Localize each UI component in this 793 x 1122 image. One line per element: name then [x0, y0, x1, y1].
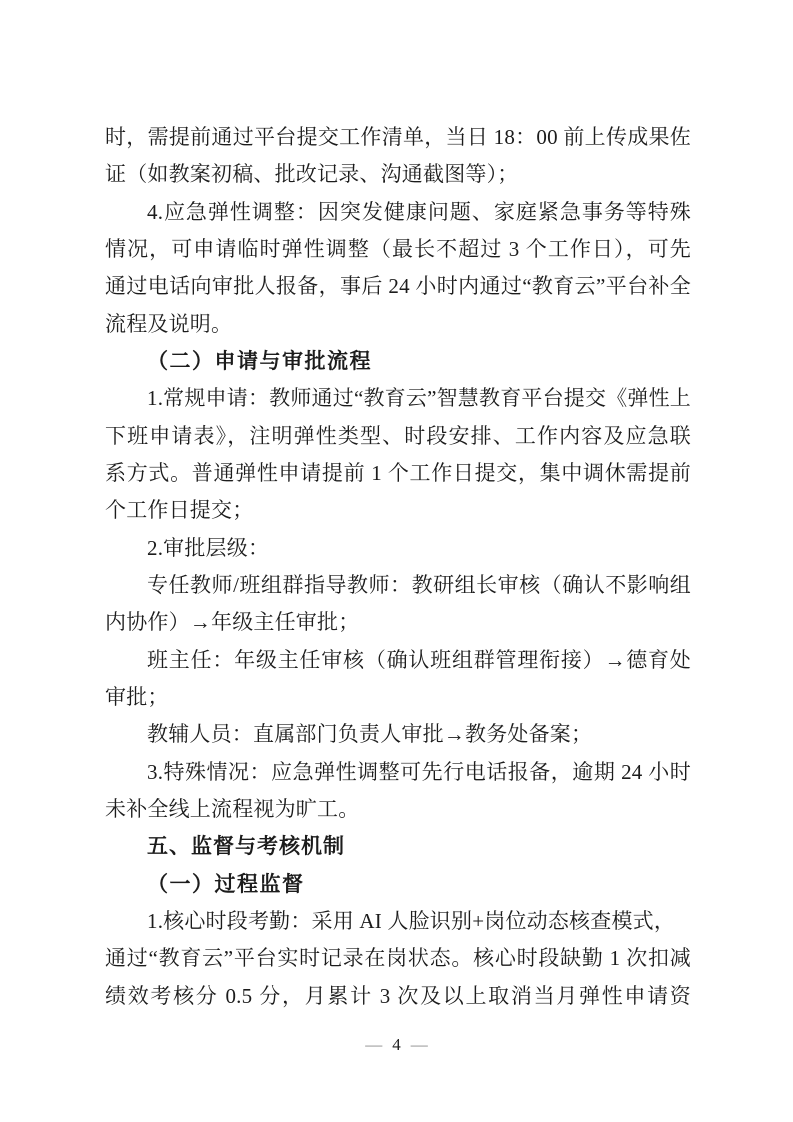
text-line: 审批；	[105, 679, 691, 716]
page-footer: —4—	[0, 1033, 793, 1057]
text-line: 时，需提前通过平台提交工作清单，当日 18：00 前上传成果佐	[105, 119, 691, 156]
footer-dash-right: —	[411, 1035, 428, 1054]
text-line: 情况，可申请临时弹性调整（最长不超过 3 个工作日），可先	[105, 231, 691, 268]
text-line: 内协作）→年级主任审批；	[105, 604, 691, 641]
text-line: 未补全线上流程视为旷工。	[105, 791, 691, 828]
page-number: 4	[392, 1033, 401, 1057]
text-line: 下班申请表》，注明弹性类型、时段安排、工作内容及应急联	[105, 418, 691, 455]
text-line: 系方式。普通弹性申请提前 1 个工作日提交，集中调休需提前 3	[105, 455, 691, 492]
text-line: 绩效考核分 0.5 分，月累计 3 次及以上取消当月弹性申请资格；	[105, 978, 691, 1015]
text-line: 2.审批层级：	[105, 530, 691, 567]
section-heading-level1: 五、监督与考核机制	[105, 828, 691, 865]
text-line: 流程及说明。	[105, 306, 691, 343]
text-line: 证（如教案初稿、批改记录、沟通截图等）；	[105, 156, 691, 193]
section-heading-level2: （一）过程监督	[105, 866, 691, 903]
page-content: 时，需提前通过平台提交工作清单，当日 18：00 前上传成果佐 证（如教案初稿、…	[105, 119, 691, 1015]
text-line: 个工作日提交；	[105, 492, 691, 529]
text-line: 3.特殊情况：应急弹性调整可先行电话报备，逾期 24 小时	[105, 754, 691, 791]
document-page: 时，需提前通过平台提交工作清单，当日 18：00 前上传成果佐 证（如教案初稿、…	[0, 0, 793, 1122]
text-line: 专任教师/班组群指导教师：教研组长审核（确认不影响组	[105, 567, 691, 604]
text-line: 通过电话向审批人报备，事后 24 小时内通过“教育云”平台补全	[105, 268, 691, 305]
text-line: 4.应急弹性调整：因突发健康问题、家庭紧急事务等特殊	[105, 194, 691, 231]
section-heading-level2: （二）申请与审批流程	[105, 343, 691, 380]
text-line: 1.核心时段考勤：采用 AI 人脸识别+岗位动态核查模式，	[105, 903, 691, 940]
text-line: 通过“教育云”平台实时记录在岗状态。核心时段缺勤 1 次扣减	[105, 940, 691, 977]
text-line: 教辅人员：直属部门负责人审批→教务处备案；	[105, 716, 691, 753]
text-line: 1.常规申请：教师通过“教育云”智慧教育平台提交《弹性上	[105, 380, 691, 417]
footer-dash-left: —	[365, 1035, 382, 1054]
text-line: 班主任：年级主任审核（确认班组群管理衔接）→德育处	[105, 642, 691, 679]
